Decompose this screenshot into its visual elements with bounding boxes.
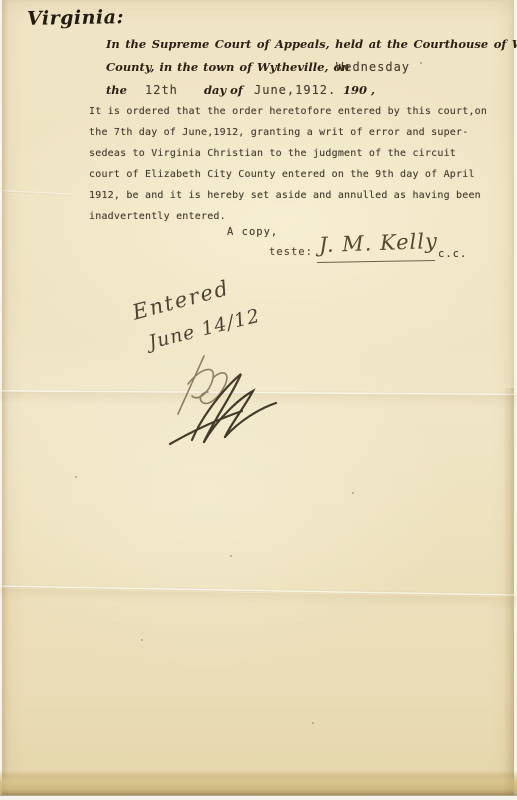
paper-bottom-edge	[0, 770, 517, 796]
order-body: It is ordered that the order heretofore …	[89, 101, 487, 227]
clerk-signature: J. M. Kelly	[319, 229, 439, 257]
paper-speck	[312, 722, 314, 724]
state-label: Virginia:	[27, 6, 124, 30]
paper-right-edge-shade	[503, 388, 514, 795]
paper-left-edge-shade	[2, 0, 9, 795]
paper-speck	[230, 555, 232, 557]
teste-label: teste:	[269, 246, 313, 258]
clerk-initials-flourish	[152, 350, 284, 448]
order-body-line: the 7th day of June,1912, granting a wri…	[89, 122, 487, 143]
paper-speck	[141, 639, 143, 641]
order-body-line: 1912, be and it is hereby set aside and …	[89, 185, 487, 206]
order-body-line: inadvertently entered.	[89, 206, 487, 227]
form-printed-line1: In the Supreme Court of Appeals, held at…	[106, 37, 517, 51]
signature-underline	[317, 260, 435, 263]
order-body-line: court of Elizabeth City County entered o…	[89, 164, 487, 185]
typed-day: 12th	[145, 83, 178, 97]
paper-sheet: Virginia: In the Supreme Court of Appeal…	[2, 0, 514, 795]
form-printed-day-of: day of	[204, 83, 243, 97]
paper-speck	[352, 492, 354, 494]
form-printed-the: the	[106, 83, 127, 97]
paper-speck	[75, 476, 77, 478]
form-printed-line2: County, in the town of Wytheville, on	[106, 60, 350, 74]
paper-speck	[420, 62, 422, 64]
order-body-line: It is ordered that the order heretofore …	[89, 101, 487, 122]
edge-crease-left	[2, 190, 74, 196]
form-printed-year-blank: 190 ,	[343, 83, 375, 97]
copy-label: A copy,	[227, 226, 278, 238]
order-body-line: sedeas to Virginia Christian to the judg…	[89, 143, 487, 164]
scanned-document: Virginia: In the Supreme Court of Appeal…	[0, 0, 517, 800]
clerk-title: c.c.	[438, 248, 467, 260]
typed-month-year: June,1912.	[254, 83, 336, 97]
typed-weekday: Wednesday	[336, 60, 410, 74]
